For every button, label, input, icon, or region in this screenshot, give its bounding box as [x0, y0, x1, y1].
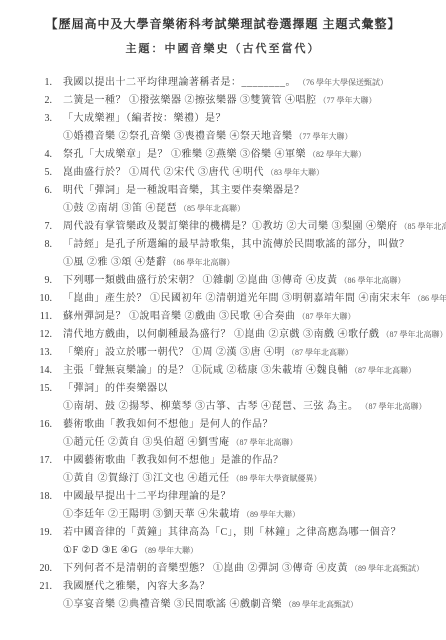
document-title: 【歷屆高中及大學音樂術科考試樂理試卷選擇題 主題式彙整】 [0, 15, 446, 32]
exam-year-label: （86 學年北高聯） [411, 294, 446, 303]
question-text: 清代地方戲曲，以何劇種最為盛行？ ①崑曲 ②京戲 ③南戲 ④歌仔戲 [63, 329, 380, 340]
question-text: ①李廷年 ②王陽明 ③劉天華 ④朱載堉 [63, 509, 240, 520]
question-item: 16. 藝術歌曲「教我如何不想他」是何人的作品？①趙元任 ②黃自 ③吳伯超 ④劉… [30, 416, 432, 452]
question-line: 祭孔「大成樂章」是？ ①雅樂 ②燕樂 ③俗樂 ④軍樂 （82 學年大聯） [63, 146, 432, 164]
exam-year-label: （87 學年北高聯） [380, 330, 446, 339]
question-text: ①鼓 ②南胡 ③笛 ④琵琶 [63, 203, 177, 214]
question-item: 4. 祭孔「大成樂章」是？ ①雅樂 ②燕樂 ③俗樂 ④軍樂 （82 學年大聯） [30, 146, 432, 164]
question-item: 5. 崑曲盛行於？ ①周代 ②宋代 ③唐代 ④明代 （83 學年大聯） [30, 164, 432, 182]
question-number: 21. [30, 578, 52, 596]
document-subtitle: 主題：中國音樂史（古代至當代） [0, 40, 446, 56]
question-line: 「樂府」設立於哪一朝代？ ①周 ②漢 ③唐 ④明 （87 學年北高聯） [63, 344, 432, 362]
question-body: 主張「聲無哀樂論」的是？ ①阮咸 ②嵇康 ③朱載堉 ④魏良輔 （87 學年北高聯… [63, 362, 432, 380]
question-body: 中國最早提出十二平均律理論的是？①李廷年 ②王陽明 ③劉天華 ④朱載堉 （89 … [63, 488, 432, 524]
question-item: 8. 「詩經」是孔子所選編的最早詩歌集，其中流傳於民間歌謠的部分，叫做？①風 ②… [30, 236, 432, 272]
question-line: ①黃自 ②賀綠汀 ③江文也 ④趙元任 （89 學年大學資賦優異） [63, 470, 432, 488]
question-line: ①李廷年 ②王陽明 ③劉天華 ④朱載堉 （89 學年大聯） [63, 506, 432, 524]
question-number: 18. [30, 488, 52, 506]
question-number: 8. [30, 236, 52, 254]
exam-year-label: （89 學年大聯） [138, 546, 198, 555]
exam-year-label: （76 學年大學保送甄試） [296, 78, 388, 87]
question-text: 中國藝術歌曲「教我如何不想他」是誰的作品？ [63, 455, 284, 466]
question-number: 7. [30, 218, 52, 236]
question-text: 藝術歌曲「教我如何不想他」是何人的作品？ [63, 419, 273, 430]
question-number: 17. [30, 452, 52, 470]
question-item: 10. 「崑曲」產生於？ ①民國初年 ②清朝道光年間 ③明朝嘉靖年間 ④南宋末年… [30, 290, 432, 308]
question-line: 周代設有掌管樂政及製訂樂律的機構是？①教坊 ②大司樂 ③梨園 ④樂府 （85 學… [63, 218, 432, 236]
question-text: 主張「聲無哀樂論」的是？ ①阮咸 ②嵇康 ③朱載堉 ④魏良輔 [63, 365, 348, 376]
exam-year-label: （85 學年北高聯） [398, 222, 446, 231]
question-line: 下列何者不是清朝的音樂型態？ ①崑曲 ②彈詞 ③傳奇 ④皮黃 （89 學年北高甄… [63, 560, 432, 578]
question-line: ①鼓 ②南胡 ③笛 ④琵琶 （85 學年北高聯） [63, 200, 432, 218]
question-body: 「崑曲」產生於？ ①民國初年 ②清朝道光年間 ③明朝嘉靖年間 ④南宋末年 （86… [63, 290, 432, 308]
question-number: 19. [30, 524, 52, 542]
question-number: 20. [30, 560, 52, 578]
question-text: 我國以提出十二平均律理論著稱者是：________。 [63, 77, 296, 88]
question-line: 「詩經」是孔子所選編的最早詩歌集，其中流傳於民間歌謠的部分，叫做？ [63, 236, 432, 254]
question-body: 蘇州彈詞是？ ①說唱音樂 ②戲曲 ③民歌 ④合奏曲 （87 學年大聯） [63, 308, 432, 326]
question-text: 崑曲盛行於？ ①周代 ②宋代 ③唐代 ④明代 [63, 167, 264, 178]
question-body: 我國歷代之雅樂，內容大多為？①享宴音樂 ②典禮音樂 ③民間歌謠 ④戲劇音樂 （8… [63, 578, 432, 614]
question-text: ①婚禮音樂 ②祭孔音樂 ③喪禮音樂 ④祭天地音樂 [63, 131, 293, 142]
question-line: 中國最早提出十二平均律理論的是？ [63, 488, 432, 506]
question-line: 下列哪一類戲曲盛行於宋朝？ ①雜劇 ②崑曲 ③傳奇 ④皮黃 （86 學年北高聯） [63, 272, 432, 290]
question-number: 2. [30, 92, 52, 110]
question-number: 11. [30, 308, 52, 326]
exam-year-label: （85 學年北高聯） [177, 204, 245, 213]
question-body: 我國以提出十二平均律理論著稱者是：________。 （76 學年大學保送甄試） [63, 74, 432, 92]
question-text: 「詩經」是孔子所選編的最早詩歌集，其中流傳於民間歌謠的部分，叫做？ [63, 239, 410, 250]
question-body: 周代設有掌管樂政及製訂樂律的機構是？①教坊 ②大司樂 ③梨園 ④樂府 （85 學… [63, 218, 432, 236]
question-line: 明代「彈詞」是一種說唱音樂，其主要伴奏樂器是？ [63, 182, 432, 200]
exam-year-label: （87 學年大聯） [296, 312, 356, 321]
question-text: 下列何者不是清朝的音樂型態？ ①崑曲 ②彈詞 ③傳奇 ④皮黃 [63, 563, 348, 574]
question-item: 19. 若中國音律的「黃鐘」其律高為「C」，則「林鐘」之律高應為哪一個音？①F … [30, 524, 432, 560]
question-item: 12. 清代地方戲曲，以何劇種最為盛行？ ①崑曲 ②京戲 ③南戲 ④歌仔戲 （8… [30, 326, 432, 344]
question-text: 「崑曲」產生於？ ①民國初年 ②清朝道光年間 ③明朝嘉靖年間 ④南宋末年 [63, 293, 411, 304]
question-text: 蘇州彈詞是？ ①說唱音樂 ②戲曲 ③民歌 ④合奏曲 [63, 311, 296, 322]
question-line: 蘇州彈詞是？ ①說唱音樂 ②戲曲 ③民歌 ④合奏曲 （87 學年大聯） [63, 308, 432, 326]
question-line: 藝術歌曲「教我如何不想他」是何人的作品？ [63, 416, 432, 434]
exam-year-label: （86 學年北高聯） [167, 258, 235, 267]
question-number: 6. [30, 182, 52, 200]
question-text: 下列哪一類戲曲盛行於宋朝？ ①雜劇 ②崑曲 ③傳奇 ④皮黃 [63, 275, 338, 286]
exam-year-label: （87 學年北高聯） [348, 366, 416, 375]
question-number: 3. [30, 110, 52, 128]
exam-year-label: （77 學年大聯） [293, 132, 353, 141]
question-body: 「彈詞」的伴奏樂器以①南胡、鼓 ②揚琴、柳葉琴 ③古箏、古琴 ④琵琶、三弦 為主… [63, 380, 432, 416]
question-text: 周代設有掌管樂政及製訂樂律的機構是？①教坊 ②大司樂 ③梨園 ④樂府 [63, 221, 398, 232]
question-item: 2. 二簧是一種？ ①撥弦樂器 ②擦弦樂器 ③雙簧管 ④唱腔 （77 學年大聯） [30, 92, 432, 110]
question-line: ①享宴音樂 ②典禮音樂 ③民間歌謠 ④戲劇音樂 （89 學年北高甄試） [63, 596, 432, 614]
question-body: 下列哪一類戲曲盛行於宋朝？ ①雜劇 ②崑曲 ③傳奇 ④皮黃 （86 學年北高聯） [63, 272, 432, 290]
exam-year-label: （87 學年北高聯） [285, 348, 353, 357]
question-text: 祭孔「大成樂章」是？ ①雅樂 ②燕樂 ③俗樂 ④軍樂 [63, 149, 306, 160]
question-body: 「大成樂裡」（編者按：樂禮）是？①婚禮音樂 ②祭孔音樂 ③喪禮音樂 ④祭天地音樂… [63, 110, 432, 146]
question-line: 中國藝術歌曲「教我如何不想他」是誰的作品？ [63, 452, 432, 470]
question-text: ①風 ②雅 ③頌 ④楚辭 [63, 257, 167, 268]
exam-year-label: （89 學年大聯） [240, 510, 300, 519]
question-number: 15. [30, 380, 52, 398]
question-number: 9. [30, 272, 52, 290]
question-line: ①南胡、鼓 ②揚琴、柳葉琴 ③古箏、古琴 ④琵琶、三弦 為主。 （87 學年北高… [63, 398, 432, 416]
question-item: 7. 周代設有掌管樂政及製訂樂律的機構是？①教坊 ②大司樂 ③梨園 ④樂府 （8… [30, 218, 432, 236]
question-text: 中國最早提出十二平均律理論的是？ [63, 491, 231, 502]
question-line: 我國以提出十二平均律理論著稱者是：________。 （76 學年大學保送甄試） [63, 74, 432, 92]
question-text: 我國歷代之雅樂，內容大多為？ [63, 581, 210, 592]
question-body: 崑曲盛行於？ ①周代 ②宋代 ③唐代 ④明代 （83 學年大聯） [63, 164, 432, 182]
question-text: ①黃自 ②賀綠汀 ③江文也 ④趙元任 [63, 473, 230, 484]
question-item: 11. 蘇州彈詞是？ ①說唱音樂 ②戲曲 ③民歌 ④合奏曲 （87 學年大聯） [30, 308, 432, 326]
question-item: 17. 中國藝術歌曲「教我如何不想他」是誰的作品？①黃自 ②賀綠汀 ③江文也 ④… [30, 452, 432, 488]
exam-year-label: （77 學年大聯） [317, 96, 377, 105]
question-line: ①F ②D ③E ④G （89 學年大聯） [63, 542, 432, 560]
question-text: 明代「彈詞」是一種說唱音樂，其主要伴奏樂器是？ [63, 185, 305, 196]
question-item: 13. 「樂府」設立於哪一朝代？ ①周 ②漢 ③唐 ④明 （87 學年北高聯） [30, 344, 432, 362]
question-item: 1. 我國以提出十二平均律理論著稱者是：________。 （76 學年大學保送… [30, 74, 432, 92]
exam-year-label: （82 學年大聯） [306, 150, 366, 159]
question-line: 若中國音律的「黃鐘」其律高為「C」，則「林鐘」之律高應為哪一個音？ [63, 524, 432, 542]
exam-year-label: （87 學年北高聯） [359, 402, 427, 411]
question-line: 清代地方戲曲，以何劇種最為盛行？ ①崑曲 ②京戲 ③南戲 ④歌仔戲 （87 學年… [63, 326, 432, 344]
question-line: ①婚禮音樂 ②祭孔音樂 ③喪禮音樂 ④祭天地音樂 （77 學年大聯） [63, 128, 432, 146]
question-body: 「詩經」是孔子所選編的最早詩歌集，其中流傳於民間歌謠的部分，叫做？①風 ②雅 ③… [63, 236, 432, 272]
question-line: 我國歷代之雅樂，內容大多為？ [63, 578, 432, 596]
question-number: 12. [30, 326, 52, 344]
question-text: ①趙元任 ②黃自 ③吳伯超 ④劉雪庵 [63, 437, 230, 448]
question-body: 明代「彈詞」是一種說唱音樂，其主要伴奏樂器是？①鼓 ②南胡 ③笛 ④琵琶 （85… [63, 182, 432, 218]
question-body: 祭孔「大成樂章」是？ ①雅樂 ②燕樂 ③俗樂 ④軍樂 （82 學年大聯） [63, 146, 432, 164]
question-number: 5. [30, 164, 52, 182]
question-text: ①南胡、鼓 ②揚琴、柳葉琴 ③古箏、古琴 ④琵琶、三弦 為主。 [63, 401, 359, 412]
exam-year-label: （89 學年北高甄試） [348, 564, 424, 573]
question-text: 「彈詞」的伴奏樂器以 [63, 383, 168, 394]
question-item: 3. 「大成樂裡」（編者按：樂禮）是？①婚禮音樂 ②祭孔音樂 ③喪禮音樂 ④祭天… [30, 110, 432, 146]
question-body: 下列何者不是清朝的音樂型態？ ①崑曲 ②彈詞 ③傳奇 ④皮黃 （89 學年北高甄… [63, 560, 432, 578]
question-body: 「樂府」設立於哪一朝代？ ①周 ②漢 ③唐 ④明 （87 學年北高聯） [63, 344, 432, 362]
question-body: 藝術歌曲「教我如何不想他」是何人的作品？①趙元任 ②黃自 ③吳伯超 ④劉雪庵 （… [63, 416, 432, 452]
question-number: 10. [30, 290, 52, 308]
question-line: 「崑曲」產生於？ ①民國初年 ②清朝道光年間 ③明朝嘉靖年間 ④南宋末年 （86… [63, 290, 432, 308]
question-number: 14. [30, 362, 52, 380]
question-line: 主張「聲無哀樂論」的是？ ①阮咸 ②嵇康 ③朱載堉 ④魏良輔 （87 學年北高聯… [63, 362, 432, 380]
question-number: 13. [30, 344, 52, 362]
question-line: ①風 ②雅 ③頌 ④楚辭 （86 學年北高聯） [63, 254, 432, 272]
question-body: 若中國音律的「黃鐘」其律高為「C」，則「林鐘」之律高應為哪一個音？①F ②D ③… [63, 524, 432, 560]
question-list: 1. 我國以提出十二平均律理論著稱者是：________。 （76 學年大學保送… [0, 74, 446, 614]
question-body: 中國藝術歌曲「教我如何不想他」是誰的作品？①黃自 ②賀綠汀 ③江文也 ④趙元任 … [63, 452, 432, 488]
question-number: 4. [30, 146, 52, 164]
exam-year-label: （83 學年大聯） [264, 168, 324, 177]
question-item: 21. 我國歷代之雅樂，內容大多為？①享宴音樂 ②典禮音樂 ③民間歌謠 ④戲劇音… [30, 578, 432, 614]
question-number: 1. [30, 74, 52, 92]
question-item: 15. 「彈詞」的伴奏樂器以①南胡、鼓 ②揚琴、柳葉琴 ③古箏、古琴 ④琵琶、三… [30, 380, 432, 416]
question-text: 二簧是一種？ ①撥弦樂器 ②擦弦樂器 ③雙簧管 ④唱腔 [63, 95, 317, 106]
question-item: 18. 中國最早提出十二平均律理論的是？①李廷年 ②王陽明 ③劉天華 ④朱載堉 … [30, 488, 432, 524]
question-text: 若中國音律的「黃鐘」其律高為「C」，則「林鐘」之律高應為哪一個音？ [63, 527, 401, 538]
question-line: 「大成樂裡」（編者按：樂禮）是？ [63, 110, 432, 128]
exam-year-label: （86 學年北高聯） [338, 276, 406, 285]
question-body: 清代地方戲曲，以何劇種最為盛行？ ①崑曲 ②京戲 ③南戲 ④歌仔戲 （87 學年… [63, 326, 432, 344]
exam-year-label: （87 學年北高聯） [230, 438, 298, 447]
question-text: ①享宴音樂 ②典禮音樂 ③民間歌謠 ④戲劇音樂 [63, 599, 282, 610]
exam-year-label: （89 學年大學資賦優異） [230, 474, 322, 483]
exam-year-label: （89 學年北高甄試） [282, 600, 358, 609]
question-body: 二簧是一種？ ①撥弦樂器 ②擦弦樂器 ③雙簧管 ④唱腔 （77 學年大聯） [63, 92, 432, 110]
question-line: 崑曲盛行於？ ①周代 ②宋代 ③唐代 ④明代 （83 學年大聯） [63, 164, 432, 182]
question-text: 「樂府」設立於哪一朝代？ ①周 ②漢 ③唐 ④明 [63, 347, 285, 358]
question-line: 「彈詞」的伴奏樂器以 [63, 380, 432, 398]
question-item: 14. 主張「聲無哀樂論」的是？ ①阮咸 ②嵇康 ③朱載堉 ④魏良輔 （87 學… [30, 362, 432, 380]
document-page: 【歷屆高中及大學音樂術科考試樂理試卷選擇題 主題式彙整】 主題：中國音樂史（古代… [0, 0, 446, 640]
question-number: 16. [30, 416, 52, 434]
question-item: 20. 下列何者不是清朝的音樂型態？ ①崑曲 ②彈詞 ③傳奇 ④皮黃 （89 學… [30, 560, 432, 578]
question-text: ①F ②D ③E ④G [63, 545, 138, 556]
question-text: 「大成樂裡」（編者按：樂禮）是？ [63, 113, 226, 124]
question-item: 9. 下列哪一類戲曲盛行於宋朝？ ①雜劇 ②崑曲 ③傳奇 ④皮黃 （86 學年北… [30, 272, 432, 290]
question-line: ①趙元任 ②黃自 ③吳伯超 ④劉雪庵 （87 學年北高聯） [63, 434, 432, 452]
question-line: 二簧是一種？ ①撥弦樂器 ②擦弦樂器 ③雙簧管 ④唱腔 （77 學年大聯） [63, 92, 432, 110]
question-item: 6. 明代「彈詞」是一種說唱音樂，其主要伴奏樂器是？①鼓 ②南胡 ③笛 ④琵琶 … [30, 182, 432, 218]
